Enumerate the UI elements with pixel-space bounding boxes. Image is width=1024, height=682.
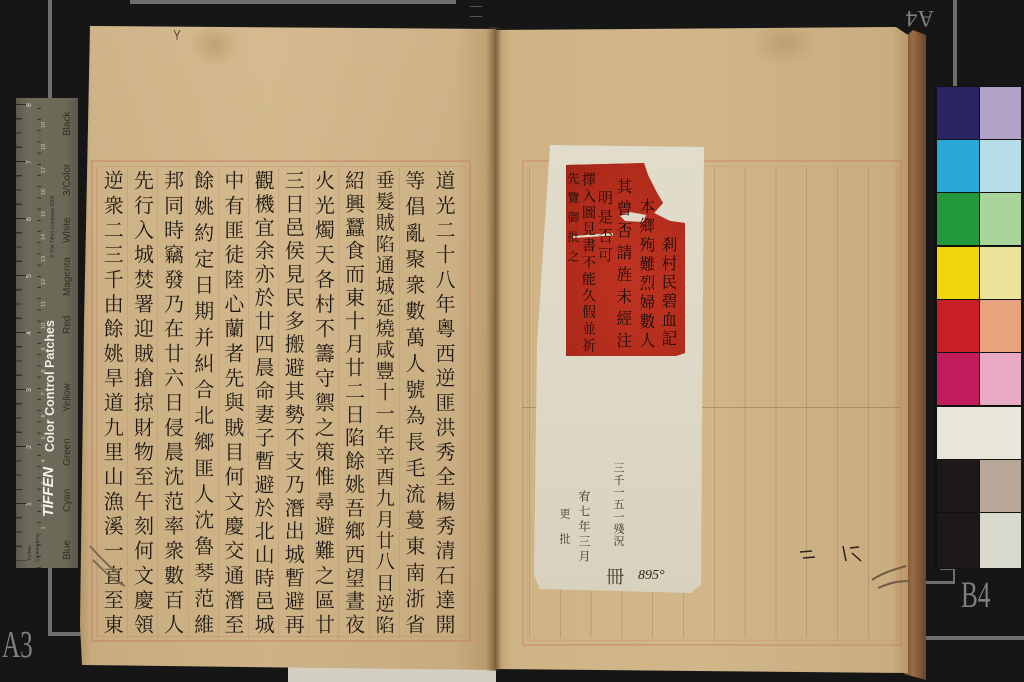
left-binding-thread-icon bbox=[90, 546, 125, 586]
binding-threads bbox=[0, 0, 1024, 682]
open-book: 道光二十八年粵西逆匪洪秀全楊秀清石達開 等倡亂聚衆數萬人號為長毛流蔓東南浙省 垂… bbox=[0, 0, 1024, 682]
ink-mark-icon bbox=[800, 546, 861, 561]
photo-stage: A3 B4 A4 Inches Centimeters 1 2 3 4 5 6 … bbox=[0, 0, 1024, 682]
right-binding-thread-icon bbox=[872, 566, 910, 588]
page-fleck-icon bbox=[174, 30, 180, 40]
